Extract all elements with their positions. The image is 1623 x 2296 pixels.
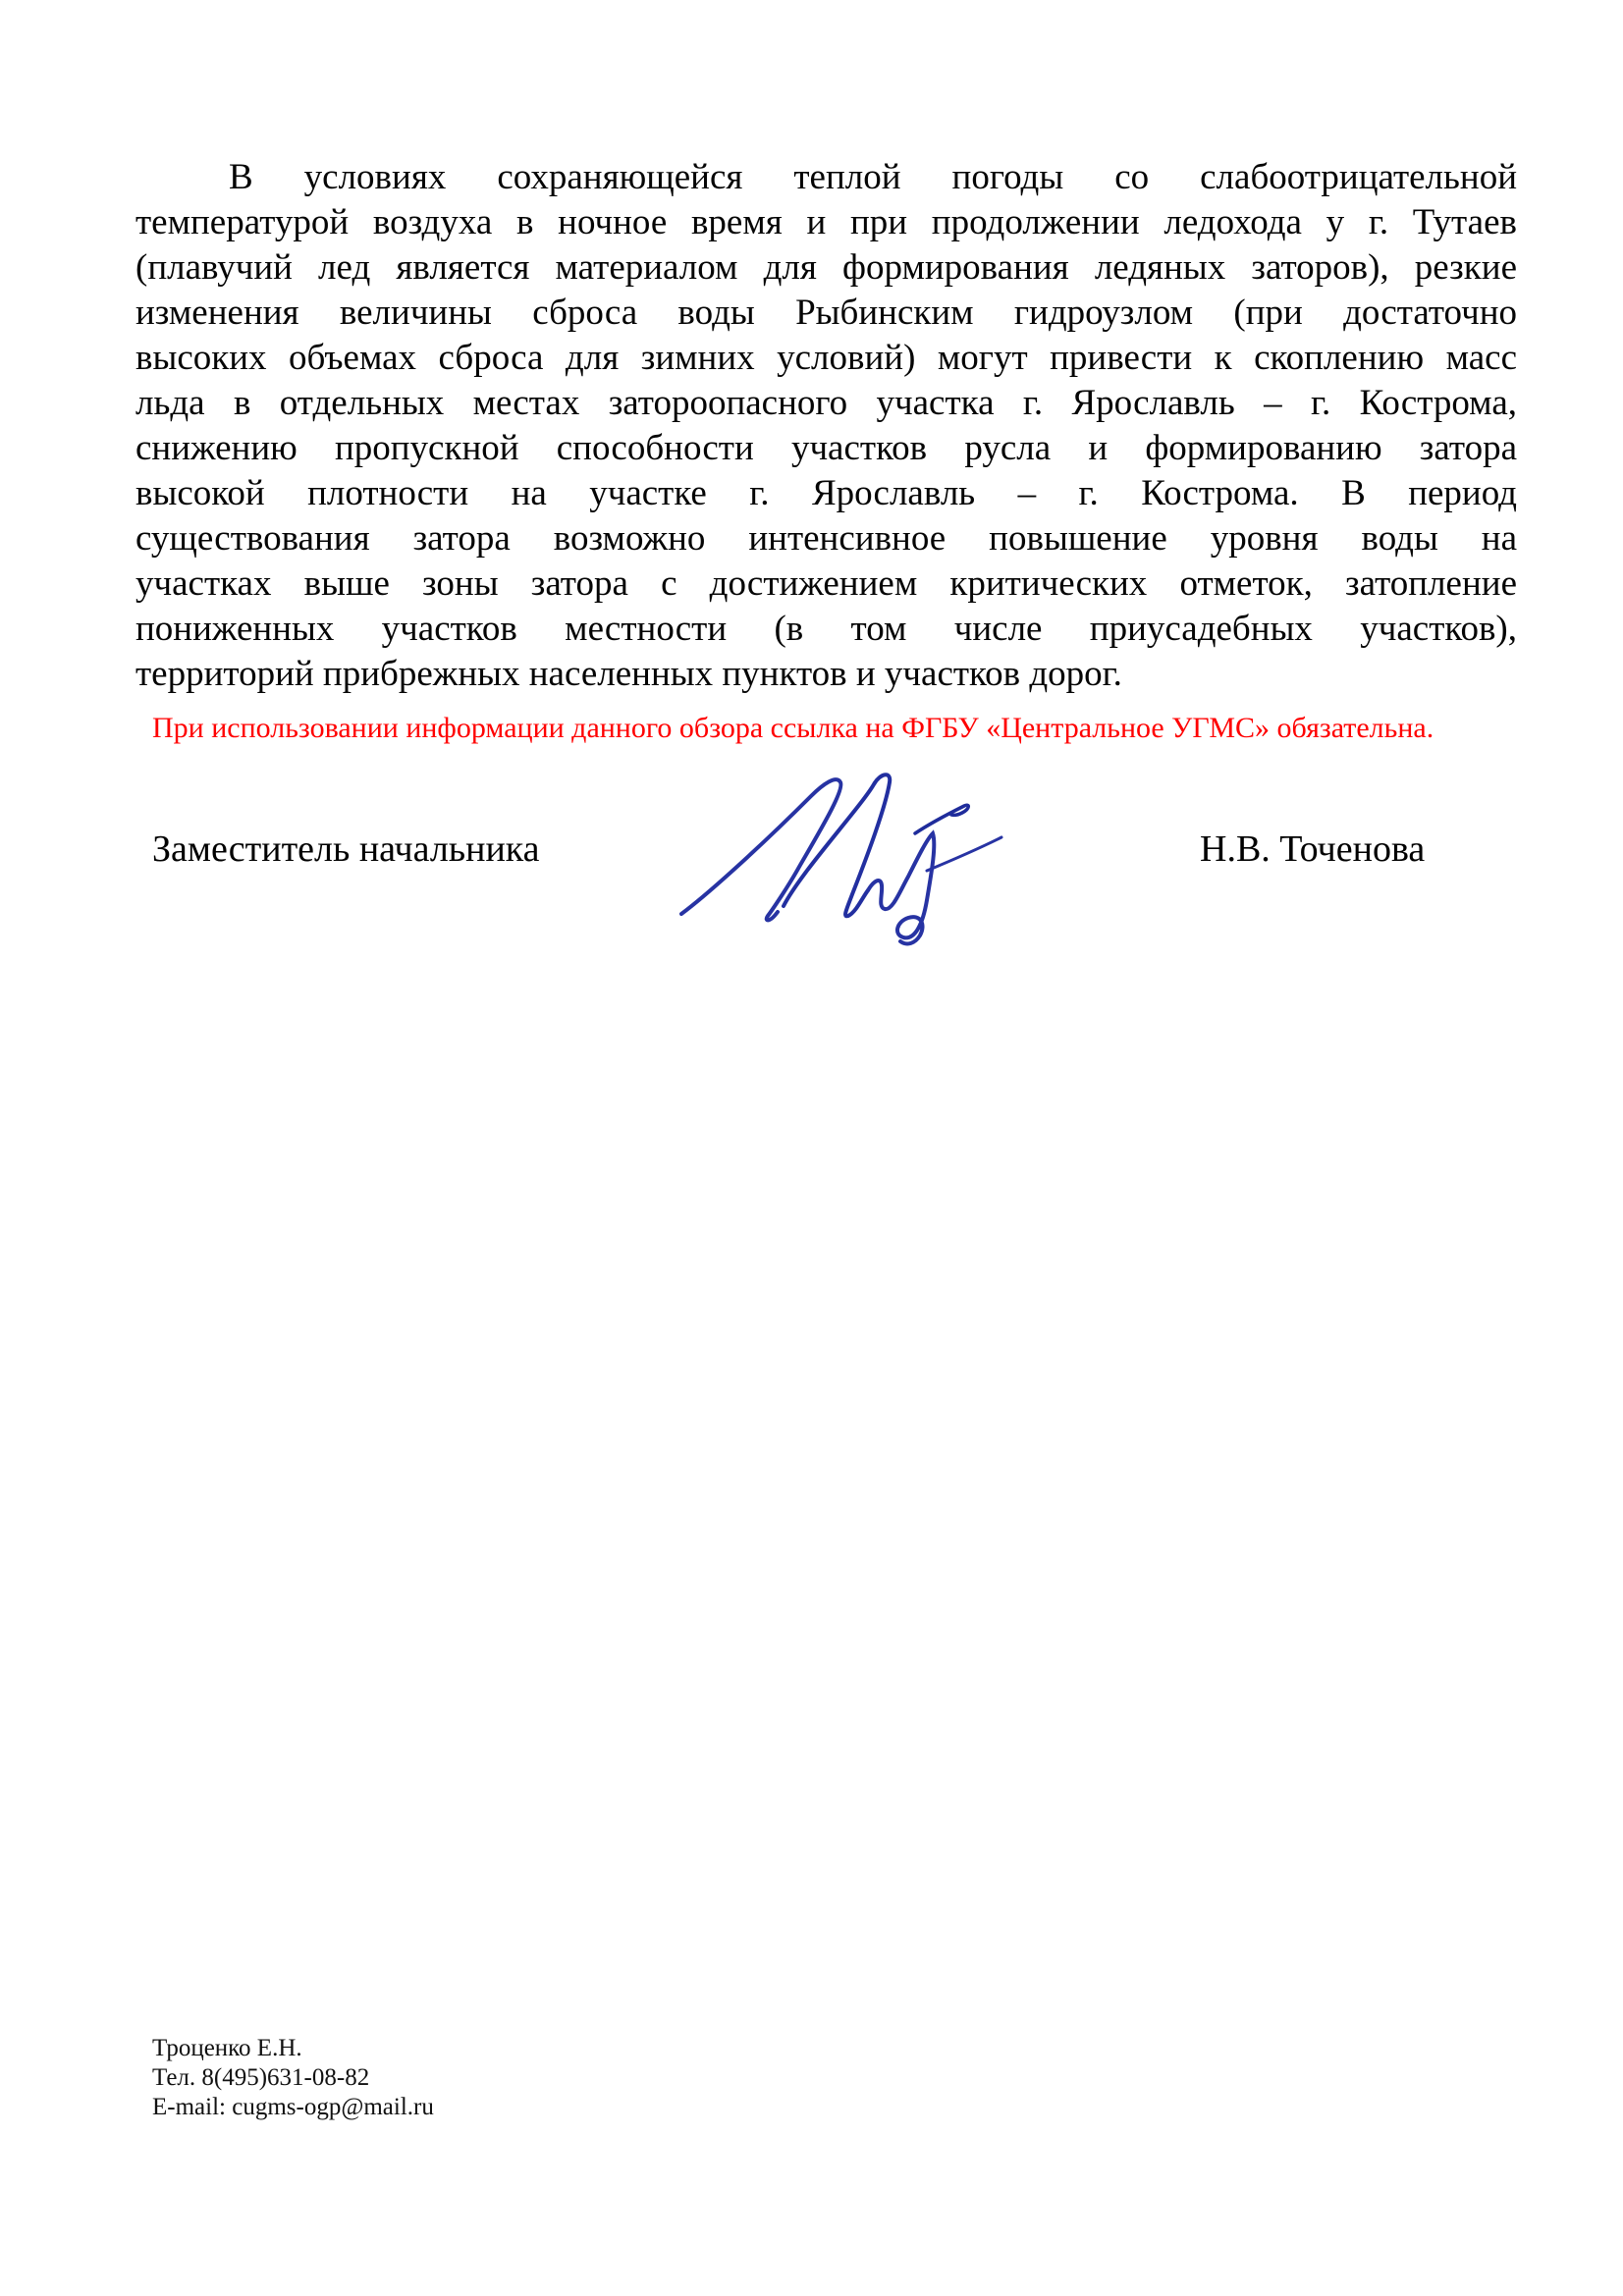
contact-email: E-mail: cugms-ogp@mail.ru bbox=[152, 2093, 434, 2122]
body-paragraph: В условиях сохраняющейся теплой погоды с… bbox=[135, 155, 1517, 697]
paragraph-line: существования затора возможно интенсивно… bbox=[135, 516, 1517, 561]
paragraph-line: изменения величины сброса воды Рыбинским… bbox=[135, 291, 1517, 336]
contact-block: Троценко Е.Н. Тел. 8(495)631-08-82 E-mai… bbox=[152, 2034, 434, 2122]
document-page: В условиях сохраняющейся теплой погоды с… bbox=[0, 0, 1623, 2296]
paragraph-line: высоких объемах сброса для зимних услови… bbox=[135, 336, 1517, 381]
paragraph-line: участках выше зоны затора с достижением … bbox=[135, 561, 1517, 607]
paragraph-line: температурой воздуха в ночное время и пр… bbox=[135, 200, 1517, 245]
paragraph-line: пониженных участков местности (в том чис… bbox=[135, 607, 1517, 652]
contact-phone: Тел. 8(495)631-08-82 bbox=[152, 2063, 434, 2093]
paragraph-line: снижению пропускной способности участков… bbox=[135, 426, 1517, 471]
paragraph-line: (плавучий лед является материалом для фо… bbox=[135, 245, 1517, 291]
usage-notice: При использовании информации данного обз… bbox=[152, 711, 1546, 746]
paragraph-line: льда в отдельных местах затороопасного у… bbox=[135, 381, 1517, 426]
paragraph-line: территорий прибрежных населенных пунктов… bbox=[135, 652, 1517, 697]
paragraph-line: В условиях сохраняющейся теплой погоды с… bbox=[135, 155, 1517, 200]
signer-name: Н.В. Точенова bbox=[1200, 826, 1425, 873]
contact-name: Троценко Е.Н. bbox=[152, 2034, 434, 2063]
paragraph-line: высокой плотности на участке г. Ярославл… bbox=[135, 471, 1517, 516]
signer-position: Заместитель начальника bbox=[152, 826, 540, 873]
signature bbox=[674, 769, 1007, 950]
